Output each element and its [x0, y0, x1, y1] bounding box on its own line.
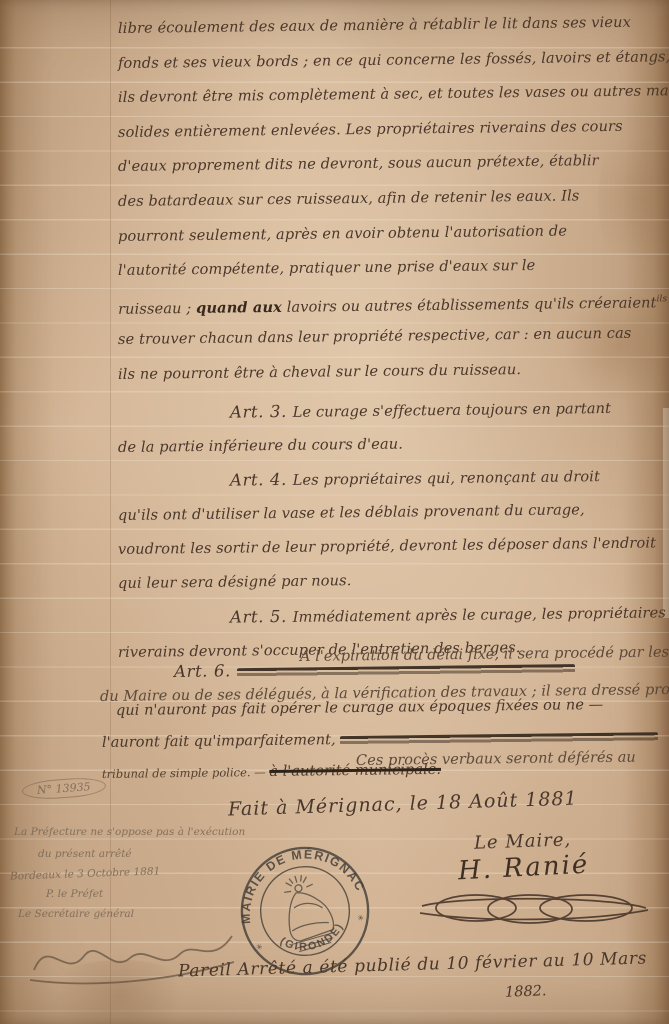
manuscript-line: l'auront fait qu'imparfaitement, [102, 727, 658, 751]
manuscript-line: ils ne pourront être à cheval sur le cou… [118, 351, 666, 392]
article-6-region: A l'expiration du délai fixé, il sera pr… [100, 648, 666, 798]
registry-number: N° 13935 [21, 776, 106, 801]
publication-year: 1882. [505, 983, 547, 1000]
le-maire-label: Le Maire, [474, 829, 572, 853]
strikethrough-scribble [340, 732, 658, 745]
prefecture-note-line: P. le Préfet [46, 888, 103, 900]
prefecture-note-line: Le Secrétaire général [18, 908, 134, 920]
document-scan: libre écoulement des eaux de manière à r… [0, 0, 669, 1024]
rosette-right: ✳ [356, 913, 365, 924]
prefecture-note-line: La Préfecture ne s'oppose pas à l'exécut… [14, 826, 245, 838]
prefecture-note-line: du présent arrêté [38, 848, 132, 860]
prefecture-note-line: Bordeaux le 3 Octobre 1881 [10, 865, 161, 882]
rosette-left: ✳ [255, 942, 264, 953]
mayor-signature: H. Ranié [457, 850, 590, 887]
manuscript-line: Art. 6. [174, 657, 575, 681]
manuscript-body: libre écoulement des eaux de manière à r… [118, 12, 666, 393]
prefect-signature-scrawl [28, 922, 238, 992]
strikethrough-scribble [237, 664, 575, 677]
signature-flourish [418, 886, 650, 934]
manuscript-line: tribunal de simple police. — à l'autorit… [102, 761, 441, 782]
manuscript-articles: Art. 3. Le curage s'effectuera toujours … [118, 397, 666, 670]
